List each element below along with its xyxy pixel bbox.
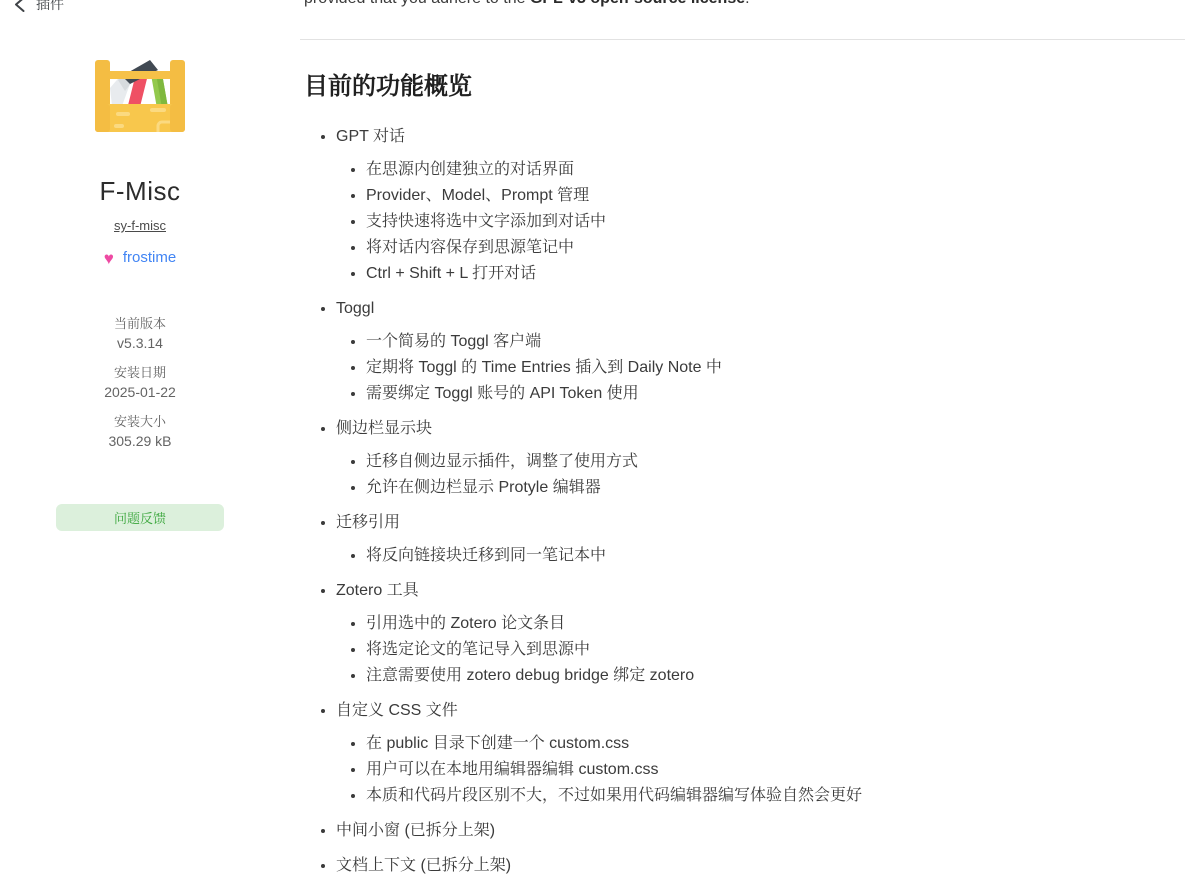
feature-subitem: 引用选中的 Zotero 论文条目 <box>366 611 1185 637</box>
feature-title: 中间小窗 (已拆分上架) <box>336 822 495 839</box>
feature-subitem: 需要绑定 Toggl 账号的 API Token 使用 <box>366 381 1185 407</box>
stat-version: 当前版本 v5.3.14 <box>0 314 280 354</box>
feature-sublist: 一个简易的 Toggl 客户端定期将 Toggl 的 Time Entries … <box>336 329 1185 407</box>
heart-icon: ♥ <box>104 250 114 267</box>
feature-subitem: 在思源内创建独立的对话界面 <box>366 157 1185 183</box>
section-divider <box>300 39 1185 40</box>
features-heading: 目前的功能概览 <box>304 72 1185 102</box>
feature-subitem: 用户可以在本地用编辑器编辑 custom.css <box>366 757 1185 783</box>
feature-subitem: 支持快速将选中文字添加到对话中 <box>366 209 1185 235</box>
stat-label: 安装日期 <box>0 363 280 382</box>
feature-title: GPT 对话 <box>336 128 405 145</box>
plugin-name: F-Misc <box>0 178 280 204</box>
feature-item: Toggl一个简易的 Toggl 客户端定期将 Toggl 的 Time Ent… <box>336 296 1185 407</box>
back-nav[interactable]: 插件 <box>13 0 64 14</box>
toolbox-icon <box>92 58 188 132</box>
feature-subitem: 允许在侧边栏显示 Protyle 编辑器 <box>366 475 1185 501</box>
feature-sublist: 迁移自侧边显示插件，调整了使用方式允许在侧边栏显示 Protyle 编辑器 <box>336 449 1185 501</box>
feature-item: 文档上下文 (已拆分上架) <box>336 853 1185 879</box>
stat-value: 2025-01-22 <box>0 382 280 403</box>
feature-subitem: 定期将 Toggl 的 Time Entries 插入到 Daily Note … <box>366 355 1185 381</box>
feature-subitem: 将反向链接块迁移到同一笔记本中 <box>366 543 1185 569</box>
feature-subitem: 将对话内容保存到思源笔记中 <box>366 235 1185 261</box>
stat-value: 305.29 kB <box>0 431 280 452</box>
plugin-stats: 当前版本 v5.3.14 安装日期 2025-01-22 安装大小 305.29… <box>0 314 280 452</box>
feature-sublist: 将反向链接块迁移到同一笔记本中 <box>336 543 1185 569</box>
feature-subitem: 一个简易的 Toggl 客户端 <box>366 329 1185 355</box>
feature-subitem: 将选定论文的笔记导入到思源中 <box>366 637 1185 663</box>
feature-item: Zotero 工具引用选中的 Zotero 论文条目将选定论文的笔记导入到思源中… <box>336 578 1185 689</box>
stat-install-date: 安装日期 2025-01-22 <box>0 363 280 403</box>
license-text: provided that you adhere to the <box>304 0 530 7</box>
feature-item: 迁移引用将反向链接块迁移到同一笔记本中 <box>336 510 1185 569</box>
repo-link[interactable]: sy-f-misc <box>114 218 166 233</box>
stat-label: 安装大小 <box>0 412 280 431</box>
license-bold-text: GPL-v3 open-source license <box>530 0 745 7</box>
feature-item: 侧边栏显示块迁移自侧边显示插件，调整了使用方式允许在侧边栏显示 Protyle … <box>336 416 1185 501</box>
stat-install-size: 安装大小 305.29 kB <box>0 412 280 452</box>
license-period: . <box>745 0 749 7</box>
feature-sublist: 在思源内创建独立的对话界面Provider、Model、Prompt 管理支持快… <box>336 157 1185 287</box>
back-label: 插件 <box>36 0 64 14</box>
feature-subitem: 迁移自侧边显示插件，调整了使用方式 <box>366 449 1185 475</box>
author-link[interactable]: frostime <box>123 249 176 267</box>
feature-subitem: 本质和代码片段区别不大，不过如果用代码编辑器编写体验自然会更好 <box>366 783 1185 809</box>
feature-title: Toggl <box>336 300 374 317</box>
license-paragraph: provided that you adhere to the GPL-v3 o… <box>304 0 1185 8</box>
feature-title: 自定义 CSS 文件 <box>336 702 458 719</box>
features-list: GPT 对话在思源内创建独立的对话界面Provider、Model、Prompt… <box>304 124 1185 879</box>
chevron-left-icon <box>13 0 26 12</box>
author-row: ♥ frostime <box>0 249 280 267</box>
feature-item: 中间小窗 (已拆分上架) <box>336 818 1185 844</box>
feedback-button[interactable]: 问题反馈 <box>56 504 224 531</box>
feature-sublist: 在 public 目录下创建一个 custom.css用户可以在本地用编辑器编辑… <box>336 731 1185 809</box>
stat-label: 当前版本 <box>0 314 280 333</box>
feature-subitem: Ctrl + Shift + L 打开对话 <box>366 261 1185 287</box>
feature-subitem: 在 public 目录下创建一个 custom.css <box>366 731 1185 757</box>
feature-sublist: 引用选中的 Zotero 论文条目将选定论文的笔记导入到思源中注意需要使用 zo… <box>336 611 1185 689</box>
feature-title: 侧边栏显示块 <box>336 420 432 437</box>
feature-item: 自定义 CSS 文件在 public 目录下创建一个 custom.css用户可… <box>336 698 1185 809</box>
feature-item: GPT 对话在思源内创建独立的对话界面Provider、Model、Prompt… <box>336 124 1185 287</box>
stat-value: v5.3.14 <box>0 333 280 354</box>
feature-subitem: Provider、Model、Prompt 管理 <box>366 183 1185 209</box>
plugin-readme: provided that you adhere to the GPL-v3 o… <box>300 0 1185 885</box>
plugin-info-sidebar: 插件 F-Misc <box>0 0 280 885</box>
feature-title: 迁移引用 <box>336 514 400 531</box>
feature-title: Zotero 工具 <box>336 582 419 599</box>
feature-title: 文档上下文 (已拆分上架) <box>336 857 511 874</box>
feature-subitem: 注意需要使用 zotero debug bridge 绑定 zotero <box>366 663 1185 689</box>
